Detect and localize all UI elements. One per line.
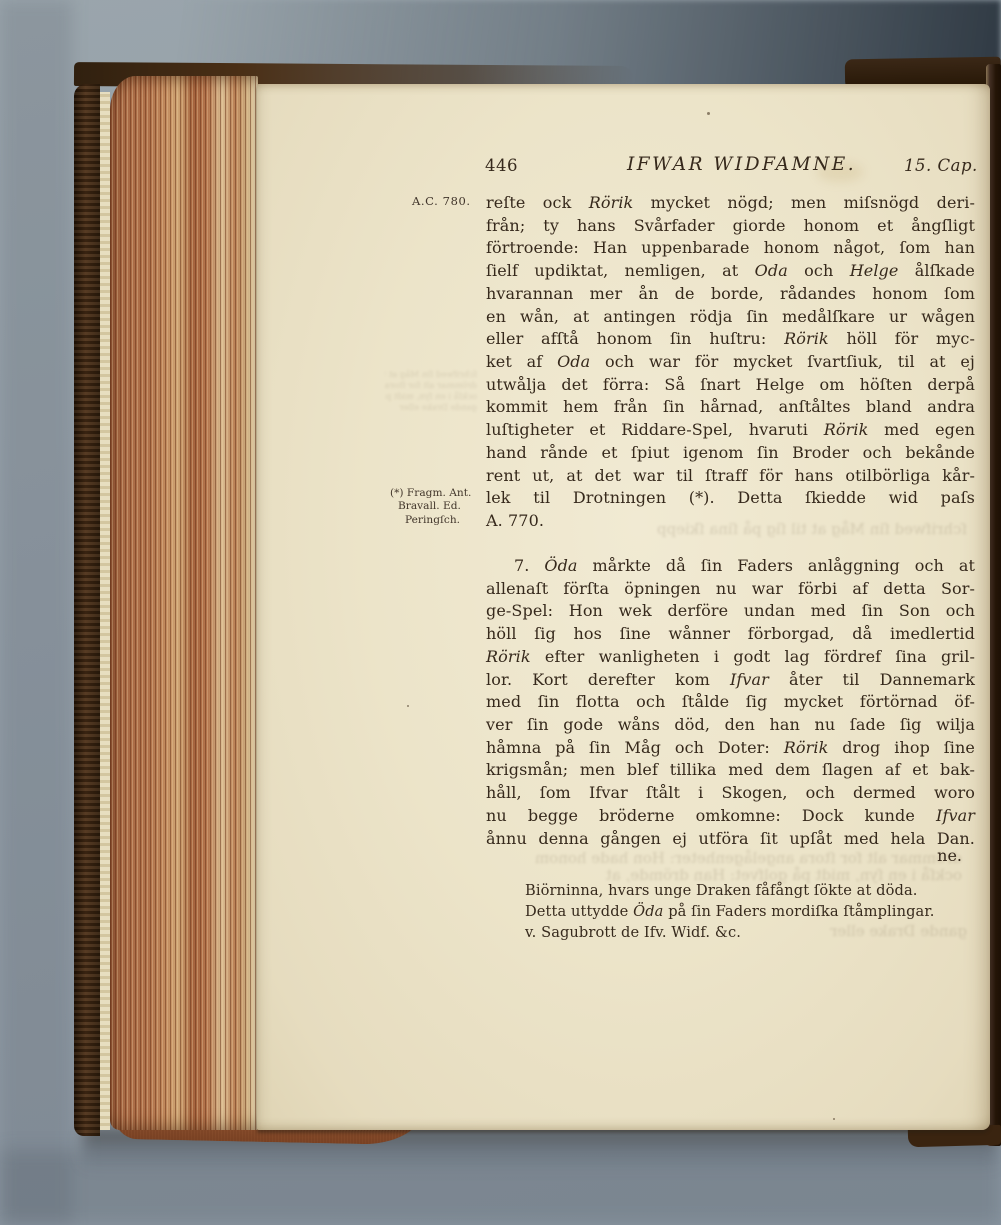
paragraph-2: 7. Öda mårkte då ſin Faders anlåggning o… bbox=[486, 555, 975, 850]
text-line: utwålja det förra: Så ſnart Helge om höſ… bbox=[486, 374, 975, 397]
paragraph-1: reſte ock Rörik mycket nögd; men miſsnög… bbox=[486, 192, 975, 533]
text-line: allenaſt förſta öpningen nu war förbi af… bbox=[486, 578, 975, 601]
paper-speck bbox=[707, 112, 710, 115]
note-line: gande Drake eller bbox=[385, 403, 477, 414]
text-line: Rörik efter wanligheten i godt lag fördr… bbox=[486, 646, 975, 669]
text-line: höll ſig hos ſine wånner förborgad, då i… bbox=[486, 623, 975, 646]
note-line: Bravall. Ed. bbox=[390, 500, 494, 513]
note-line: ockſå i en ſyn, midt på golfvet: Han drö… bbox=[385, 392, 477, 403]
text-line: kommit hem från ſin hårnad, anſtåltes bl… bbox=[486, 396, 975, 419]
note-line: drömmar alt for ſtora angelågenheter: Ho… bbox=[385, 381, 477, 392]
chapter-label: 15. Cap. bbox=[904, 156, 978, 175]
note-line: ſchrifwed ſin Måg at til ſig på ſina ſki… bbox=[385, 370, 477, 381]
background-shadow-left bbox=[0, 0, 72, 1225]
book-page: ſchrifwed ſin Måg at til ſig på ſina ſki… bbox=[257, 84, 990, 1130]
text-line: luſtigheter et Riddare-Spel, hvaruti Rör… bbox=[486, 419, 975, 442]
text-line: v. Sagubrott de Ifv. Widf. &c. bbox=[525, 922, 973, 943]
paper-speck bbox=[833, 1118, 835, 1120]
margin-note-reference: (*) Fragm. Ant.Bravall. Ed.Peringſch. bbox=[390, 487, 494, 527]
photo-background: ſchrifwed ſin Måg at til ſig på ſina ſki… bbox=[0, 0, 1001, 1225]
footnote: Biörninna, hvars unge Draken fåfångt ſök… bbox=[525, 880, 973, 943]
text-line: lek til Drotningen (*). Detta ſkiedde wi… bbox=[486, 487, 975, 510]
note-line: Peringſch. bbox=[390, 514, 494, 527]
text-line: håll, ſom Ifvar ſtålt i Skogen, och derm… bbox=[486, 782, 975, 805]
bleedthrough-margin-block: ſchrifwed ſin Måg at til ſig på ſina ſki… bbox=[385, 370, 477, 482]
catchword: ne. bbox=[486, 846, 962, 865]
text-line: ge-Spel: Hon wek derföre undan med ſin S… bbox=[486, 600, 975, 623]
text-line: eller afſtå honom ſin huſtru: Rörik höll… bbox=[486, 328, 975, 351]
text-line: hvarannan mer ån de borde, rådandes hono… bbox=[486, 283, 975, 306]
text-line: Biörninna, hvars unge Draken fåfångt ſök… bbox=[525, 880, 973, 901]
text-line: håmna på ſin Måg och Doter: Rörik drog i… bbox=[486, 737, 975, 760]
text-line: med ſin flotta och ſtålde ſig mycket för… bbox=[486, 691, 975, 714]
text-line: ket af Oda och war för mycket ſvartſiuk,… bbox=[486, 351, 975, 374]
fore-edge-page-stack bbox=[110, 76, 258, 1130]
text-line: förtroende: Han uppenbarade honom något,… bbox=[486, 237, 975, 260]
text-line: Detta uttydde Öda på ſin Faders mordiſka… bbox=[525, 901, 973, 922]
running-title: IFWAR WIDFAMNE. bbox=[627, 154, 856, 175]
text-line: 7. Öda mårkte då ſin Faders anlåggning o… bbox=[486, 555, 975, 578]
page-number: 446 bbox=[485, 156, 518, 175]
margin-note-year: A.C. 780. bbox=[412, 194, 471, 208]
text-line: krigsmån; men blef tillika med dem ſlage… bbox=[486, 759, 975, 782]
text-line: från; ty hans Svårfader giorde honom et … bbox=[486, 215, 975, 238]
book-spine-edge bbox=[74, 84, 100, 1136]
text-line: nu begge bröderne omkomne: Dock kunde If… bbox=[486, 805, 975, 828]
note-line: (*) Fragm. Ant. bbox=[390, 487, 494, 500]
paper-speck bbox=[407, 705, 409, 707]
text-line: rent ut, at det war til ſtraff för hans … bbox=[486, 465, 975, 488]
text-line: reſte ock Rörik mycket nögd; men miſsnög… bbox=[486, 192, 975, 215]
endpaper-sliver bbox=[100, 92, 110, 1130]
text-line: hand rånde et ſpiut igenom ſin Broder oc… bbox=[486, 442, 975, 465]
text-line: en wån, at antingen rödja ſin medålſkare… bbox=[486, 306, 975, 329]
text-line: lor. Kort derefter kom Ifvar åter til Da… bbox=[486, 669, 975, 692]
text-line: ſielf updiktat, nemligen, at Oda och Hel… bbox=[486, 260, 975, 283]
text-line: ver ſin gode wåns död, den han nu ſade ſ… bbox=[486, 714, 975, 737]
